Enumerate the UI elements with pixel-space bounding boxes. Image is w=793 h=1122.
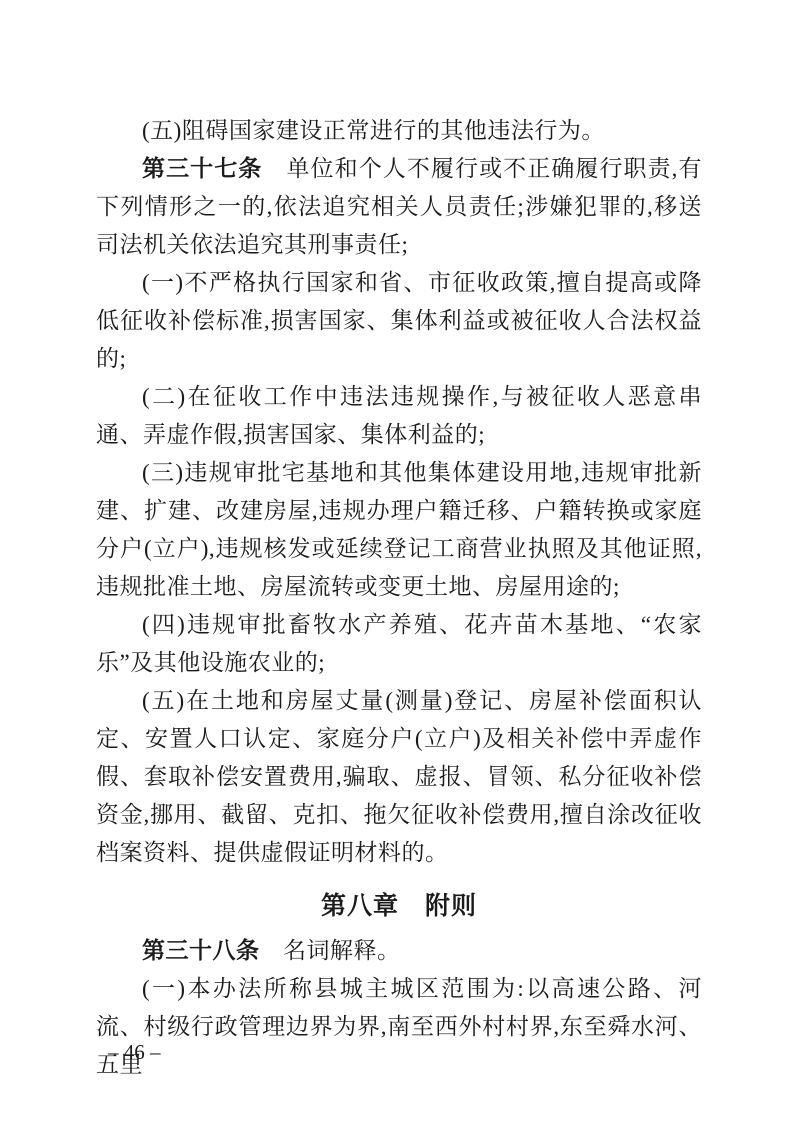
text-run: (五)阻碍国家建设正常进行的其他违法行为。 — [142, 118, 605, 143]
paragraph: 第三十八条 名词解释。 — [96, 932, 702, 970]
paragraph: (五)在土地和房屋丈量(测量)登记、房屋补偿面积认定、安置人口认定、家庭分户(立… — [96, 682, 702, 872]
text-run: (五)在土地和房屋丈量(测量)登记、房屋补偿面积认定、安置人口认定、家庭分户(立… — [96, 688, 702, 865]
document-body: (五)阻碍国家建设正常进行的其他违法行为。第三十七条 单位和个人不履行或不正确履… — [96, 112, 702, 1084]
chapter-heading: 第八章 附则 — [96, 887, 702, 927]
text-run: 第八章 附则 — [321, 893, 477, 920]
paragraph: (二)在征收工作中违法违规操作,与被征收人恶意串通、弄虚作假,损害国家、集体利益… — [96, 378, 702, 454]
article-number: 第三十七条 — [142, 156, 262, 181]
paragraph: 第三十七条 单位和个人不履行或不正确履行职责,有下列情形之一的,依法追究相关人员… — [96, 150, 702, 264]
text-run: (一)不严格执行国家和省、市征收政策,擅自提高或降低征收补偿标准,损害国家、集体… — [96, 270, 702, 371]
paragraph: (四)违规审批畜牧水产养殖、花卉苗木基地、“农家乐”及其他设施农业的; — [96, 606, 702, 682]
paragraph: (一)本办法所称县城主城区范围为:以高速公路、河流、村级行政管理边界为界,南至西… — [96, 970, 702, 1084]
text-run: (二)在征收工作中违法违规操作,与被征收人恶意串通、弄虚作假,损害国家、集体利益… — [96, 384, 702, 447]
document-page: (五)阻碍国家建设正常进行的其他违法行为。第三十七条 单位和个人不履行或不正确履… — [0, 0, 793, 1122]
paragraph: (一)不严格执行国家和省、市征收政策,擅自提高或降低征收补偿标准,损害国家、集体… — [96, 264, 702, 378]
page-number: – 46 – — [108, 1038, 161, 1066]
text-run: (一)本办法所称县城主城区范围为:以高速公路、河流、村级行政管理边界为界,南至西… — [96, 976, 702, 1077]
text-run: 名词解释。 — [260, 938, 401, 963]
article-number: 第三十八条 — [142, 938, 260, 963]
text-run: (三)违规审批宅基地和其他集体建设用地,违规审批新建、扩建、改建房屋,违规办理户… — [96, 460, 702, 599]
text-run: (四)违规审批畜牧水产养殖、花卉苗木基地、“农家乐”及其他设施农业的; — [96, 612, 702, 675]
paragraph: (五)阻碍国家建设正常进行的其他违法行为。 — [96, 112, 702, 150]
paragraph: (三)违规审批宅基地和其他集体建设用地,违规审批新建、扩建、改建房屋,违规办理户… — [96, 454, 702, 606]
